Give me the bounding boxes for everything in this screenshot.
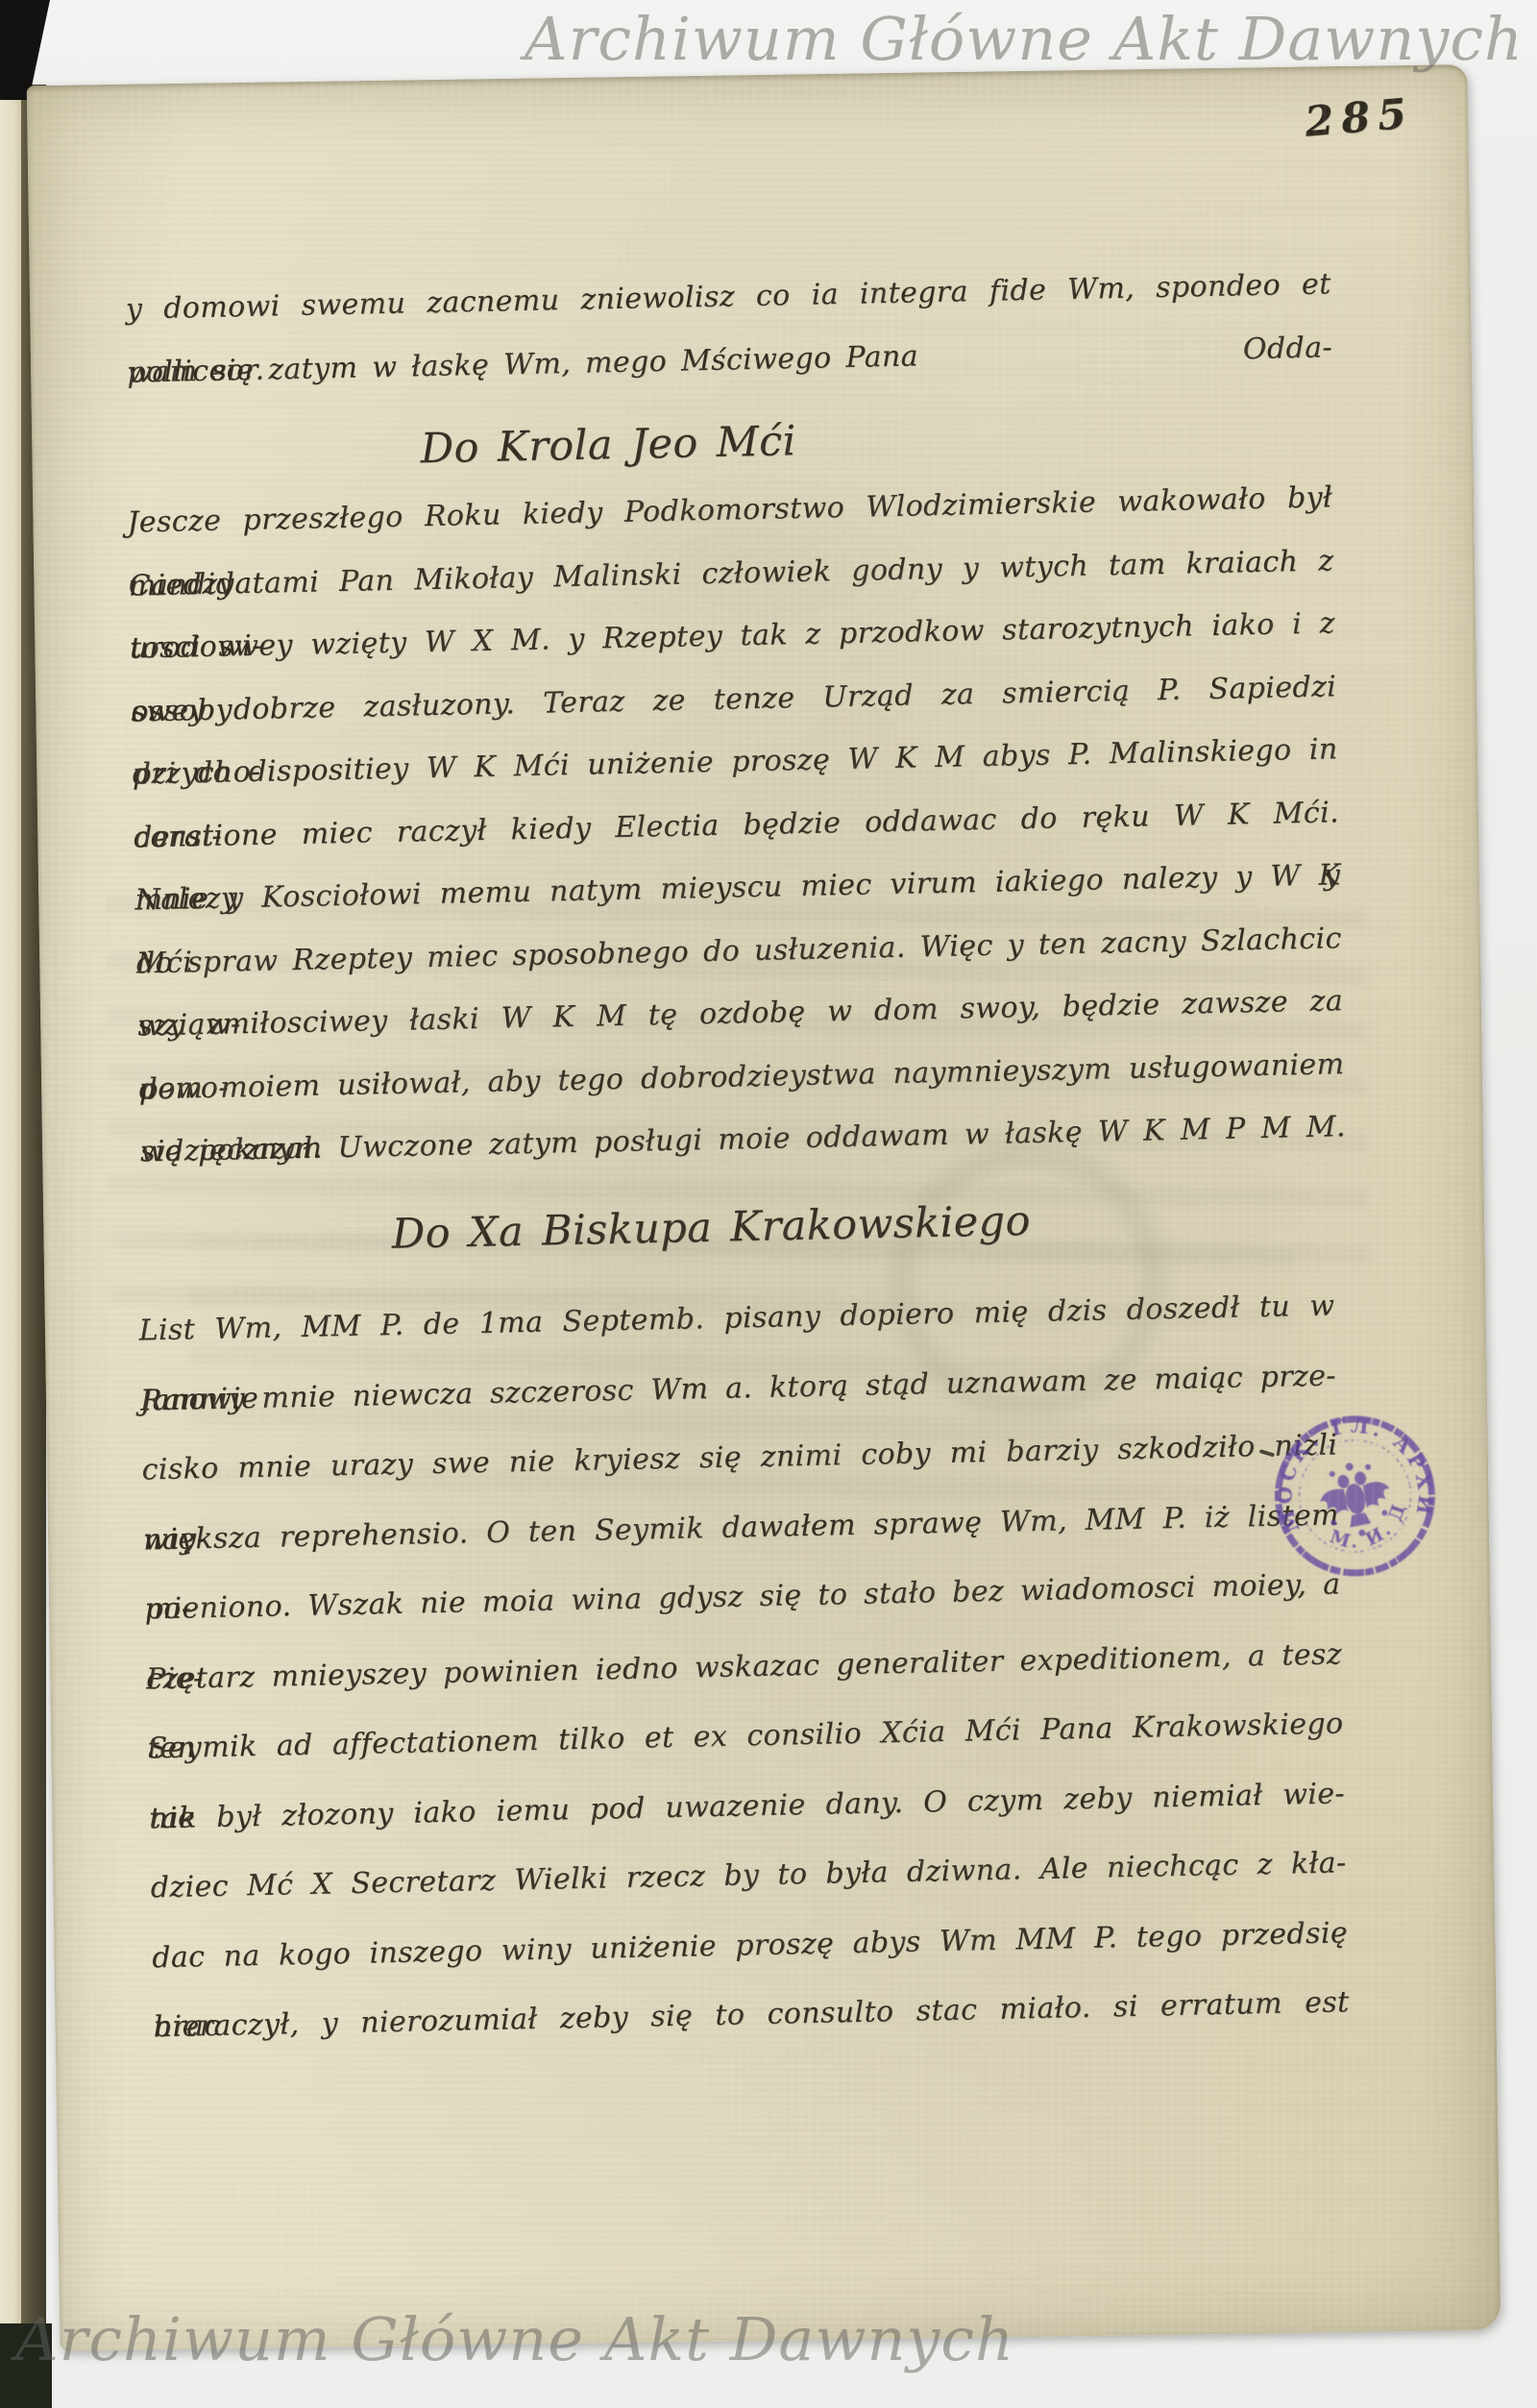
letter-to-king-body: Jescze przeszłego Roku kiedy Podkomorstw…	[127, 466, 1347, 1184]
manuscript-scan: 285 y domowi swemu zacnemu zniewolisz co…	[0, 0, 1537, 2408]
folio-number: 285	[1303, 86, 1451, 147]
letter-heading-to-king: Do Krola Jeo Mći	[310, 405, 907, 485]
round-stamp-icon: МОСК. ГЛ. АРХИВ. М. И. Д.	[1268, 1410, 1442, 1584]
archive-watermark-bottom: Archiwum Główne Akt Dawnych	[15, 2304, 1014, 2374]
adjacent-page-edge	[0, 88, 23, 2337]
manuscript-page: 285 y domowi swemu zacnemu zniewolisz co…	[27, 64, 1501, 2351]
letter-heading-to-bishop: Do Xa Biskupa Krakowskiego	[365, 1185, 1058, 1270]
archive-stamp: МОСК. ГЛ. АРХИВ. М. И. Д.	[1268, 1410, 1442, 1584]
letter-to-bishop-body: List Wm, MM P. de 1ma Septemb. pisany do…	[138, 1271, 1350, 2062]
closing-of-previous-letter: y domowi swemu zacnemu zniewolisz co ia …	[125, 253, 1332, 405]
archive-watermark-top: Archiwum Główne Akt Dawnych	[525, 4, 1524, 74]
svg-text:МОСК. ГЛ. АРХИВ.: МОСК. ГЛ. АРХИВ.	[1268, 1410, 1442, 1552]
stamp-arc-text: МОСК. ГЛ. АРХИВ.	[1268, 1410, 1442, 1552]
